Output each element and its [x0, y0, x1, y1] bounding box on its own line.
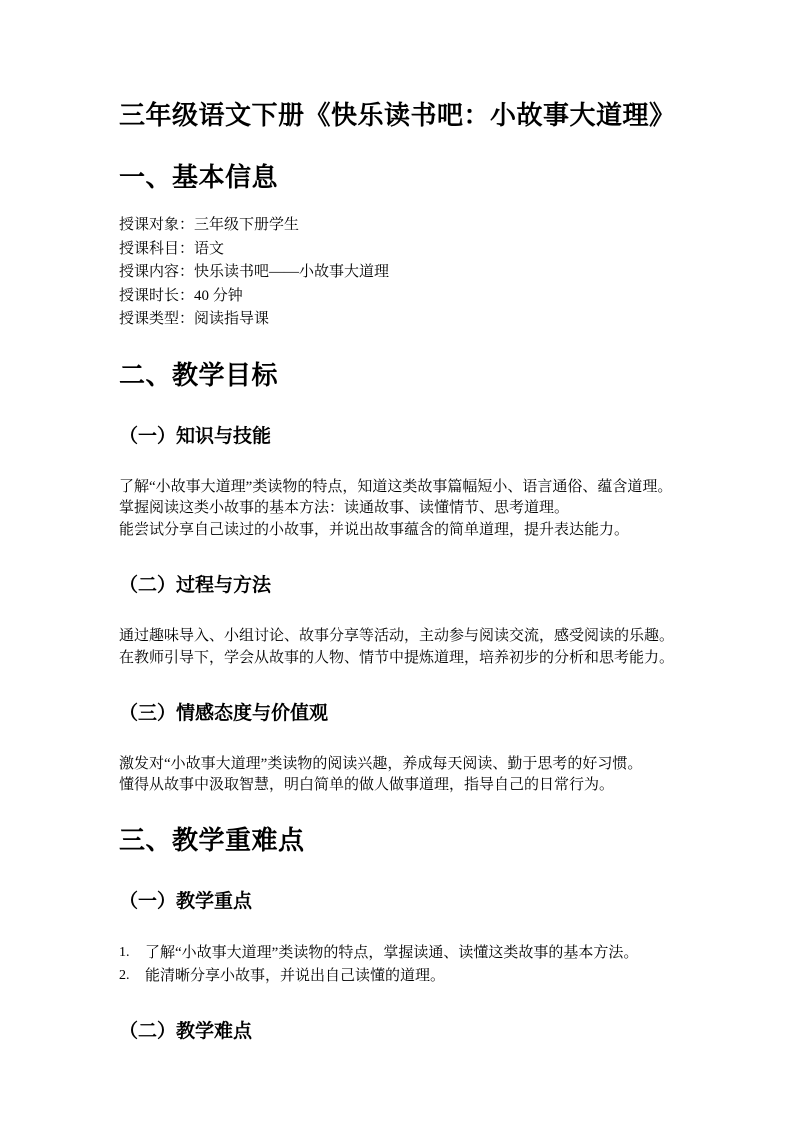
- info-line-audience: 授课对象：三年级下册学生: [119, 214, 676, 238]
- paragraph-line: 在教师引导下，学会从故事的人物、情节中提炼道理，培养初步的分析和思考能力。: [119, 648, 676, 670]
- document-page: 三年级语文下册《快乐读书吧：小故事大道理》 一、基本信息 授课对象：三年级下册学…: [0, 0, 794, 1123]
- subsection-heading-emotion-values: （三）情感态度与价值观: [119, 702, 676, 727]
- paragraph-emotion-values: 激发对“小故事大道理”类读物的阅读兴趣，养成每天阅读、勤于思考的好习惯。 懂得从…: [119, 754, 676, 797]
- list-item: 2. 能清晰分享小故事，并说出自己读懂的道理。: [119, 965, 676, 988]
- document-title: 三年级语文下册《快乐读书吧：小故事大道理》: [119, 99, 676, 133]
- info-line-type: 授课类型：阅读指导课: [119, 308, 676, 332]
- paragraph-process-methods: 通过趣味导入、小组讨论、故事分享等活动，主动参与阅读交流，感受阅读的乐趣。 在教…: [119, 626, 676, 669]
- subsection-heading-teaching-difficult-points: （二）教学难点: [119, 1020, 676, 1045]
- list-item-marker: 2.: [119, 965, 145, 988]
- info-line-duration: 授课时长：40 分钟: [119, 285, 676, 309]
- section-heading-key-difficult-points: 三、教学重难点: [119, 825, 676, 858]
- paragraph-line: 能尝试分享自己读过的小故事，并说出故事蕴含的简单道理，提升表达能力。: [119, 520, 676, 542]
- paragraph-line: 了解“小故事大道理”类读物的特点，知道这类故事篇幅短小、语言通俗、蕴含道理。: [119, 477, 676, 499]
- paragraph-line: 激发对“小故事大道理”类读物的阅读兴趣，养成每天阅读、勤于思考的好习惯。: [119, 754, 676, 776]
- section-heading-teaching-objectives: 二、教学目标: [119, 360, 676, 393]
- paragraph-line: 掌握阅读这类小故事的基本方法：读通故事、读懂情节、思考道理。: [119, 498, 676, 520]
- list-item-marker: 1.: [119, 942, 145, 965]
- subsection-heading-knowledge-skills: （一）知识与技能: [119, 425, 676, 450]
- list-item-text: 能清晰分享小故事，并说出自己读懂的道理。: [145, 965, 676, 988]
- subsection-heading-teaching-key-points: （一）教学重点: [119, 890, 676, 915]
- paragraph-line: 懂得从故事中汲取智慧，明白简单的做人做事道理，指导自己的日常行为。: [119, 775, 676, 797]
- list-item: 1. 了解“小故事大道理”类读物的特点，掌握读通、读懂这类故事的基本方法。: [119, 942, 676, 965]
- basic-info-list: 授课对象：三年级下册学生 授课科目：语文 授课内容：快乐读书吧——小故事大道理 …: [119, 214, 676, 332]
- info-line-content: 授课内容：快乐读书吧——小故事大道理: [119, 261, 676, 285]
- section-heading-basic-info: 一、基本信息: [119, 162, 676, 195]
- key-points-list: 1. 了解“小故事大道理”类读物的特点，掌握读通、读懂这类故事的基本方法。 2.…: [119, 942, 676, 987]
- info-line-subject: 授课科目：语文: [119, 238, 676, 262]
- paragraph-knowledge-skills: 了解“小故事大道理”类读物的特点，知道这类故事篇幅短小、语言通俗、蕴含道理。 掌…: [119, 477, 676, 542]
- paragraph-line: 通过趣味导入、小组讨论、故事分享等活动，主动参与阅读交流，感受阅读的乐趣。: [119, 626, 676, 648]
- list-item-text: 了解“小故事大道理”类读物的特点，掌握读通、读懂这类故事的基本方法。: [145, 942, 676, 965]
- subsection-heading-process-methods: （二）过程与方法: [119, 574, 676, 599]
